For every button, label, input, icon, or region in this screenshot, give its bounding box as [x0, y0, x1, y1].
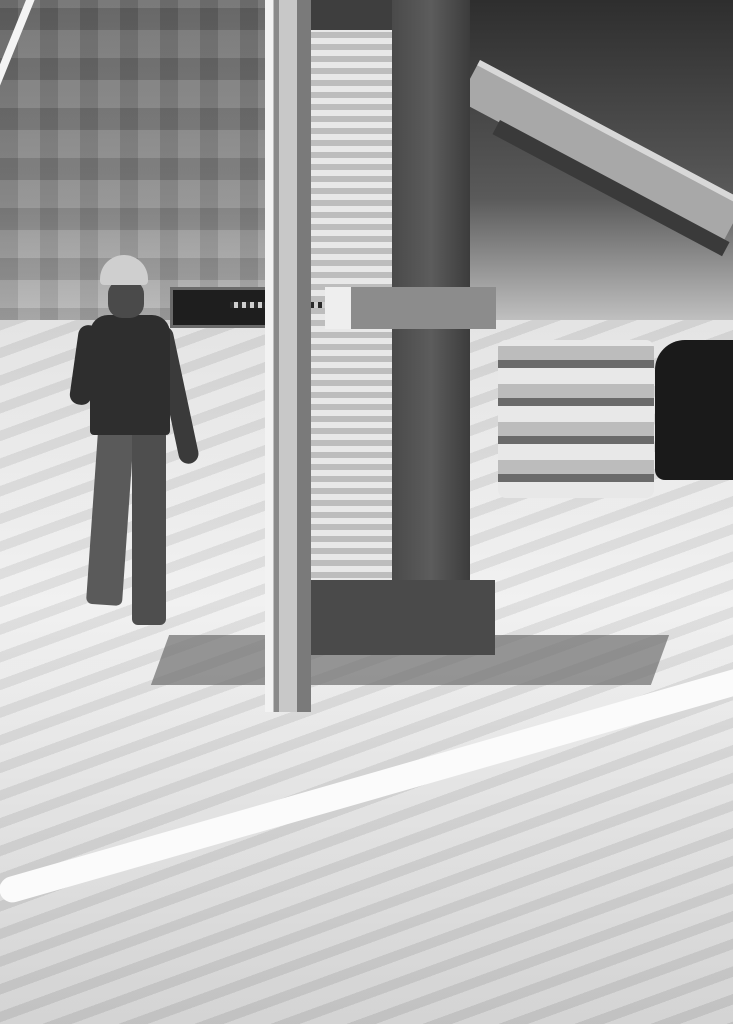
worker-torso — [90, 315, 170, 435]
vertical-pipe — [265, 0, 311, 712]
hard-hat — [100, 255, 148, 285]
column-clamp — [325, 287, 496, 329]
worker-right-leg — [132, 430, 166, 625]
construction-site-photo — [0, 0, 733, 1024]
stacked-rollers — [498, 340, 654, 498]
worker-head — [108, 280, 144, 318]
worker-left-leg — [86, 429, 134, 606]
column-base-block — [305, 580, 495, 655]
worker — [70, 255, 210, 635]
column-top — [308, 0, 393, 30]
dark-machinery — [655, 340, 733, 480]
